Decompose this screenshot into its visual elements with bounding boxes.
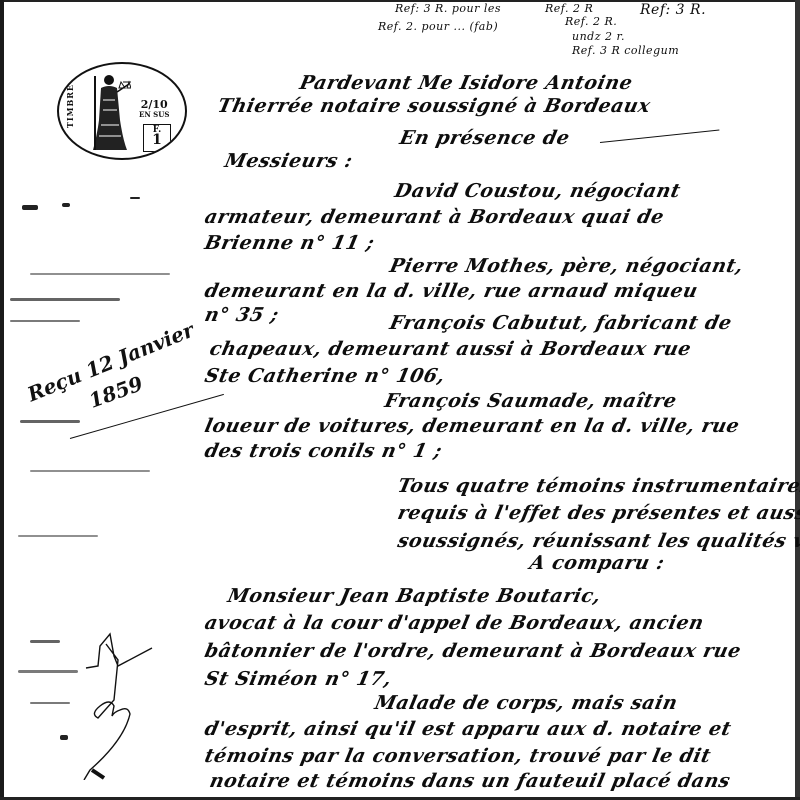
scan-border-right <box>795 0 800 800</box>
body-line: loueur de voitures, demeurant en la d. v… <box>203 415 742 437</box>
body-line: François Cabutut, fabricant de <box>388 312 734 334</box>
body-line: Tous quatre témoins instrumentaires <box>396 475 800 497</box>
stamp-price-box: F. 1 <box>143 124 171 152</box>
body-line: notaire et témoins dans un fauteuil plac… <box>208 770 733 792</box>
body-line: témoins par la conversation, trouvé par … <box>203 745 713 767</box>
stamp-value: 2/10 EN SUS <box>139 100 169 120</box>
body-line: David Coustou, négociant <box>393 180 683 202</box>
note-line: Ref. 2 R. <box>565 15 617 28</box>
body-line: Monsieur Jean Baptiste Boutaric, <box>226 585 603 607</box>
body-line: François Saumade, maître <box>383 390 679 412</box>
body-line: avocat à la cour d'appel de Bordeaux, an… <box>203 612 706 634</box>
body-line: Brienne n° 11 ; <box>203 232 377 254</box>
body-line: En présence de <box>398 127 572 149</box>
body-line: soussignés, réunissant les qualités voul… <box>396 530 800 552</box>
note-line: Ref. 2. pour ... (fab) <box>378 20 498 33</box>
body-line: d'esprit, ainsi qu'il est apparu aux d. … <box>203 718 734 740</box>
line-filler <box>600 129 719 143</box>
note-line: Ref: 3 R. <box>640 2 706 18</box>
justice-figure-icon <box>87 70 131 152</box>
body-line: Thierrée notaire soussigné à Bordeaux <box>216 95 653 117</box>
body-line: Pardevant Me Isidore Antoine <box>298 72 635 94</box>
body-line: St Siméon n° 17, <box>203 668 394 690</box>
body-line: requis à l'effet des présentes et aussi <box>396 502 800 524</box>
body-line: armateur, demeurant à Bordeaux quai de <box>203 206 667 228</box>
scan-border-left <box>0 0 4 800</box>
fiscal-stamp: TIMBRE 2/10 EN SUS F. 1 <box>57 62 187 160</box>
body-line: n° 35 ; <box>203 304 281 326</box>
document-page: Ref: 3 R. pour les Ref. 2 R Ref: 3 R. Re… <box>0 0 800 800</box>
stamp-word: TIMBRE <box>65 84 75 128</box>
body-line: bâtonnier de l'ordre, demeurant à Bordea… <box>203 640 744 662</box>
body-line: des trois conils n° 1 ; <box>203 440 444 462</box>
signature-paraph-icon <box>70 620 160 780</box>
note-line: undz 2 r. <box>572 30 625 43</box>
body-line: chapeaux, demeurant aussi à Bordeaux rue <box>208 338 694 360</box>
body-line: Malade de corps, mais sain <box>373 692 680 714</box>
body-line: Ste Catherine n° 106, <box>203 365 447 387</box>
note-line: Ref: 3 R. pour les <box>395 2 501 15</box>
body-line: demeurant en la d. ville, rue arnaud miq… <box>203 280 700 302</box>
body-line: Messieurs : <box>223 150 355 172</box>
note-line: Ref. 2 R <box>545 2 593 15</box>
note-line: Ref. 3 R collegum <box>572 44 679 57</box>
body-line: Pierre Mothes, père, négociant, <box>388 255 746 277</box>
body-line: A comparu : <box>528 552 667 574</box>
